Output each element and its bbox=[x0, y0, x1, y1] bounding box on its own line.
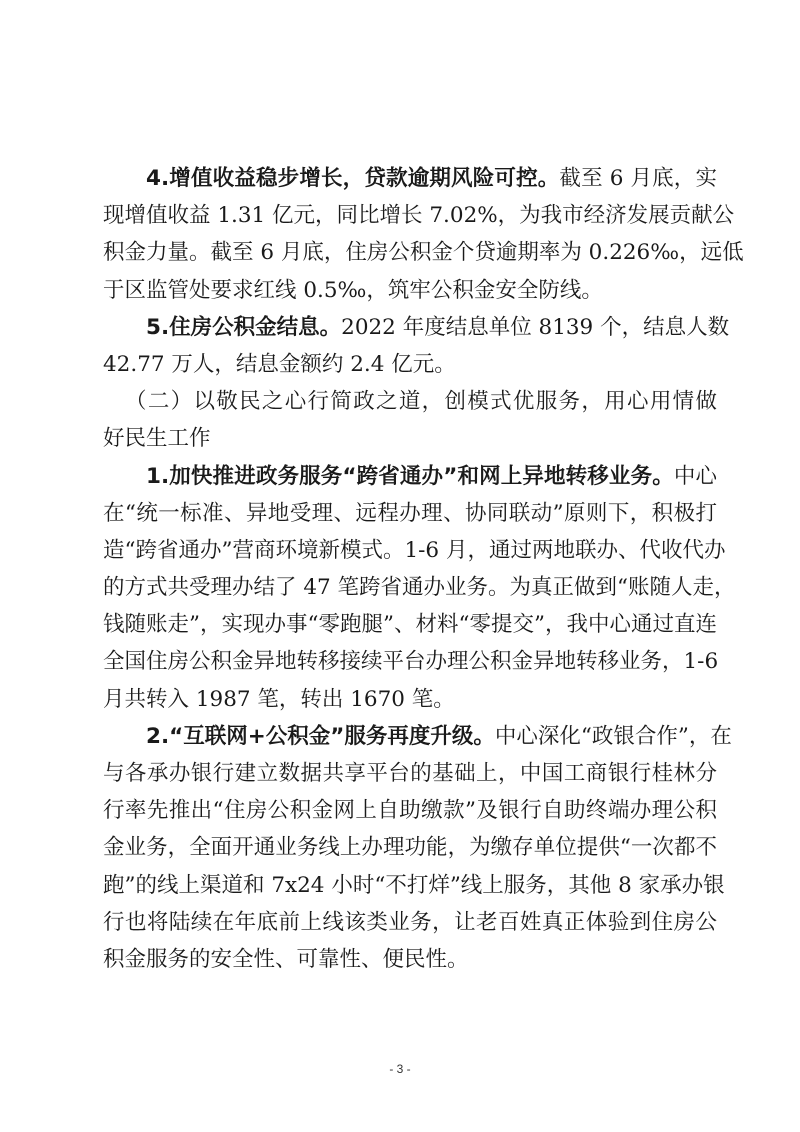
section-heading-2: （二）以敬民之心行简政之道，创模式优服务，用心用情做 好民生工作 bbox=[103, 383, 717, 457]
paragraph-internet-service-upgrade: 2.“互联网+公积金”服务再度升级。中心深化“政银合作”，在 与各承办银行建立数… bbox=[103, 718, 717, 978]
heading-line: （二）以敬民之心行简政之道，创模式优服务，用心用情做 bbox=[103, 383, 717, 420]
page-number: - 3 - bbox=[0, 1062, 800, 1076]
text-line: 5.住房公积金结息。2022 年度结息单位 8139 个，结息人数 bbox=[103, 309, 717, 346]
text-line: 2.“互联网+公积金”服务再度升级。中心深化“政银合作”，在 bbox=[103, 718, 717, 755]
heading-line: 好民生工作 bbox=[103, 420, 717, 457]
paragraph-lead: 5.住房公积金结息。 bbox=[146, 315, 341, 340]
text-line: 于区监管处要求红线 0.5‰，筑牢公积金安全防线。 bbox=[103, 272, 717, 309]
text-line: 与各承办银行建立数据共享平台的基础上，中国工商银行桂林分 bbox=[103, 755, 717, 792]
text-line: 积金服务的安全性、可靠性、便民性。 bbox=[103, 941, 717, 978]
text-line: 行也将陆续在年底前上线该类业务，让老百姓真正体验到住房公 bbox=[103, 904, 717, 941]
text-line: 的方式共受理办结了 47 笔跨省通办业务。为真正做到“账随人走， bbox=[103, 569, 717, 606]
text-line: 月共转入 1987 笔，转出 1670 笔。 bbox=[103, 681, 717, 718]
text-span: 中心 bbox=[674, 464, 717, 489]
text-line: 钱随账走”，实现办事“零跑腿”、材料“零提交”，我中心通过直连 bbox=[103, 606, 717, 643]
text-span: 截至 6 月底，实 bbox=[559, 166, 717, 191]
paragraph-lead: 2.“互联网+公积金”服务再度升级。 bbox=[146, 724, 495, 749]
text-span: 中心深化“政银合作”，在 bbox=[495, 724, 732, 749]
text-line: 42.77 万人，结息金额约 2.4 亿元。 bbox=[103, 346, 717, 383]
text-span: 2022 年度结息单位 8139 个，结息人数 bbox=[341, 315, 729, 340]
paragraph-lead: 4.增值收益稳步增长，贷款逾期风险可控。 bbox=[146, 166, 559, 191]
paragraph-cross-province-service: 1.加快推进政务服务“跨省通办”和网上异地转移业务。中心 在“统一标准、异地受理… bbox=[103, 458, 717, 718]
text-line: 1.加快推进政务服务“跨省通办”和网上异地转移业务。中心 bbox=[103, 458, 717, 495]
text-line: 在“统一标准、异地受理、远程办理、协同联动”原则下，积极打 bbox=[103, 495, 717, 532]
paragraph-interest-settlement: 5.住房公积金结息。2022 年度结息单位 8139 个，结息人数 42.77 … bbox=[103, 309, 717, 383]
text-line: 行率先推出“住房公积金网上自助缴款”及银行自助终端办理公积 bbox=[103, 792, 717, 829]
text-line: 造“跨省通办”营商环境新模式。1-6 月，通过两地联办、代收代办 bbox=[103, 532, 717, 569]
text-line: 全国住房公积金异地转移接续平台办理公积金异地转移业务，1-6 bbox=[103, 643, 717, 680]
document-page-body: 4.增值收益稳步增长，贷款逾期风险可控。截至 6 月底，实 现增值收益 1.31… bbox=[103, 160, 717, 978]
text-line: 金业务，全面开通业务线上办理功能，为缴存单位提供“一次都不 bbox=[103, 829, 717, 866]
text-line: 现增值收益 1.31 亿元，同比增长 7.02%，为我市经济发展贡献公 bbox=[103, 197, 717, 234]
text-line: 积金力量。截至 6 月底，住房公积金个贷逾期率为 0.226‰，远低 bbox=[103, 234, 717, 271]
paragraph-lead: 1.加快推进政务服务“跨省通办”和网上异地转移业务。 bbox=[146, 464, 674, 489]
text-line: 跑”的线上渠道和 7x24 小时“不打烊”线上服务，其他 8 家承办银 bbox=[103, 867, 717, 904]
paragraph-value-added-income: 4.增值收益稳步增长，贷款逾期风险可控。截至 6 月底，实 现增值收益 1.31… bbox=[103, 160, 717, 309]
text-line: 4.增值收益稳步增长，贷款逾期风险可控。截至 6 月底，实 bbox=[103, 160, 717, 197]
